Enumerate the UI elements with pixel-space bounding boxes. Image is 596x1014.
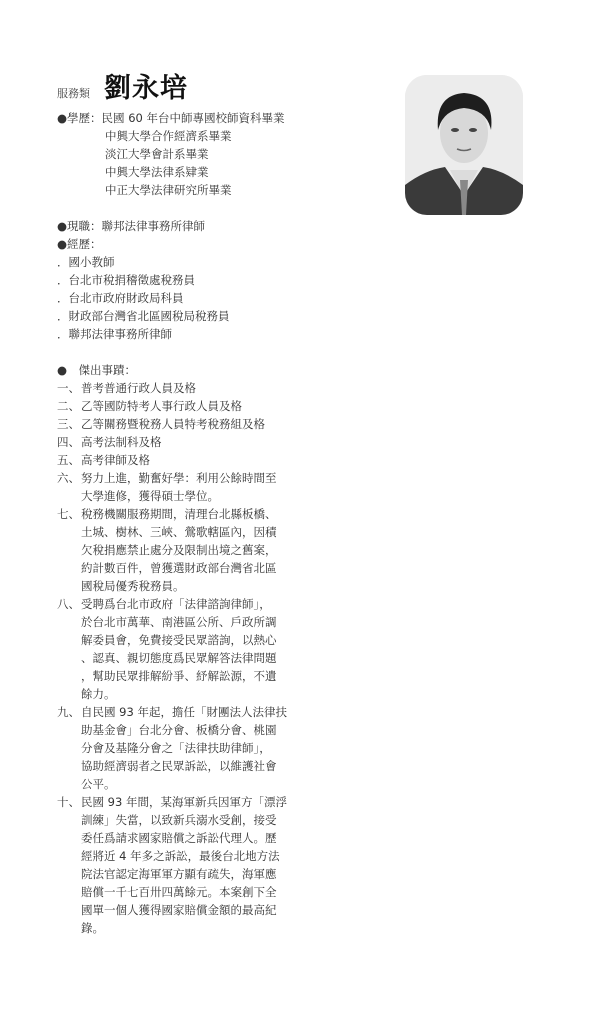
achievement-line: 高考律師及格: [81, 451, 357, 469]
experience-item: ．聯邦法律事務所律師: [57, 325, 357, 343]
profile-header: 服務類 劉永培: [57, 66, 188, 105]
experience-item: ．台北市稅捐稽徵處稅務員: [57, 271, 357, 289]
achievement-number: 八、: [57, 595, 81, 703]
achievement-line: 公平。: [81, 775, 357, 793]
achievement-item: 四、高考法制科及格: [57, 433, 357, 451]
achievement-line: ，幫助民眾排解紛爭、紓解訟源，不遺: [81, 667, 357, 685]
achievement-line: 院法官認定海軍軍方顯有疏失，海軍應: [81, 865, 357, 883]
achievement-text: 乙等國防特考人事行政人員及格: [81, 397, 357, 415]
achievement-text: 受聘爲台北市政府「法律諮詢律師」，於台北市萬華、南港區公所、戶政所調解委員會，免…: [81, 595, 357, 703]
education-item: 中興大學合作經濟系畢業: [57, 127, 357, 145]
achievement-line: 委任爲請求國家賠償之訴訟代理人。歷: [81, 829, 357, 847]
achievement-line: 國稅局優秀稅務員。: [81, 577, 357, 595]
achievement-line: 錄。: [81, 919, 357, 937]
achievement-item: 二、乙等國防特考人事行政人員及格: [57, 397, 357, 415]
achievement-line: 高考法制科及格: [81, 433, 357, 451]
achievement-text: 乙等關務暨稅務人員特考稅務組及格: [81, 415, 357, 433]
achievement-text: 普考普通行政人員及格: [81, 379, 357, 397]
achievement-line: 賠償一千七百卅四萬餘元。本案創下全: [81, 883, 357, 901]
achievement-line: 於台北市萬華、南港區公所、戶政所調: [81, 613, 357, 631]
portrait-image-icon: [405, 75, 523, 215]
achievement-item: 七、稅務機關服務期間，清理台北縣板橋、土城、樹林、三峽、鶯歌轄區內，因積欠稅捐應…: [57, 505, 357, 595]
achievement-line: 自民國 93 年起，擔任「財團法人法律扶: [81, 703, 357, 721]
achievement-line: 土城、樹林、三峽、鶯歌轄區內，因積: [81, 523, 357, 541]
achievement-line: 欠稅捐應禁止處分及限制出境之舊案，: [81, 541, 357, 559]
achievement-line: 大學進修，獲得碩士學位。: [81, 487, 357, 505]
achievement-item: 五、高考律師及格: [57, 451, 357, 469]
education-item: 淡江大學會計系畢業: [57, 145, 357, 163]
portrait-photo: [405, 75, 523, 215]
achievement-line: 經將近 4 年多之訴訟，最後台北地方法: [81, 847, 357, 865]
achievement-line: 約計數百件，曾獲選財政部台灣省北區: [81, 559, 357, 577]
achievement-line: 努力上進，勤奮好學：利用公餘時間至: [81, 469, 357, 487]
category-label: 服務類: [57, 85, 90, 101]
achievement-number: 七、: [57, 505, 81, 595]
education-item: 中興大學法律系肄業: [57, 163, 357, 181]
achievement-number: 一、: [57, 379, 81, 397]
experience-item: ．國小教師: [57, 253, 357, 271]
person-name: 劉永培: [104, 66, 188, 105]
achievement-number: 六、: [57, 469, 81, 505]
achievement-text: 稅務機關服務期間，清理台北縣板橋、土城、樹林、三峽、鶯歌轄區內，因積欠稅捐應禁止…: [81, 505, 357, 595]
achievement-item: 八、受聘爲台北市政府「法律諮詢律師」，於台北市萬華、南港區公所、戶政所調解委員會…: [57, 595, 357, 703]
achievement-text: 努力上進，勤奮好學：利用公餘時間至大學進修，獲得碩士學位。: [81, 469, 357, 505]
achievement-number: 四、: [57, 433, 81, 451]
current-position: ●現職：聯邦法律事務所律師: [57, 217, 357, 235]
achievement-text: 高考法制科及格: [81, 433, 357, 451]
achievement-line: 受聘爲台北市政府「法律諮詢律師」，: [81, 595, 357, 613]
profile-content: ●學歷：民國 60 年台中師專國校師資科畢業 中興大學合作經濟系畢業 淡江大學會…: [57, 109, 357, 937]
achievement-item: 六、努力上進，勤奮好學：利用公餘時間至大學進修，獲得碩士學位。: [57, 469, 357, 505]
achievement-number: 三、: [57, 415, 81, 433]
achievement-item: 一、普考普通行政人員及格: [57, 379, 357, 397]
experience-label: ●經歷：: [57, 235, 357, 253]
education-item: 民國 60 年台中師專國校師資科畢業: [102, 111, 285, 125]
education-label: ●學歷：: [57, 111, 102, 125]
current-label: ●現職：: [57, 219, 102, 233]
achievement-line: 乙等關務暨稅務人員特考稅務組及格: [81, 415, 357, 433]
achievements-list: 一、普考普通行政人員及格二、乙等國防特考人事行政人員及格三、乙等關務暨稅務人員特…: [57, 379, 357, 937]
achievement-line: 乙等國防特考人事行政人員及格: [81, 397, 357, 415]
achievements-label: ● 傑出事蹟：: [57, 361, 357, 379]
education-item: 中正大學法律研究所畢業: [57, 181, 357, 199]
achievement-item: 三、乙等關務暨稅務人員特考稅務組及格: [57, 415, 357, 433]
achievement-line: 助基金會」台北分會、板橋分會、桃園: [81, 721, 357, 739]
achievement-line: 分會及基隆分會之「法律扶助律師」，: [81, 739, 357, 757]
achievement-line: 民國 93 年間，某海軍新兵因軍方「漂浮: [81, 793, 357, 811]
achievement-line: 稅務機關服務期間，清理台北縣板橋、: [81, 505, 357, 523]
education-section: ●學歷：民國 60 年台中師專國校師資科畢業: [57, 109, 357, 127]
achievement-line: 解委員會，免費接受民眾諮詢，以熱心: [81, 631, 357, 649]
experience-item: ．財政部台灣省北區國稅局稅務員: [57, 307, 357, 325]
achievement-item: 十、民國 93 年間，某海軍新兵因軍方「漂浮訓練」失當，以致新兵溺水受創，接受委…: [57, 793, 357, 937]
achievement-line: 協助經濟弱者之民眾訴訟，以維護社會: [81, 757, 357, 775]
achievement-line: 餘力。: [81, 685, 357, 703]
achievement-line: 訓練」失當，以致新兵溺水受創，接受: [81, 811, 357, 829]
experience-item: ．台北市政府財政局科員: [57, 289, 357, 307]
achievement-line: 國單一個人獲得國家賠償金額的最高紀: [81, 901, 357, 919]
achievement-line: 普考普通行政人員及格: [81, 379, 357, 397]
achievement-number: 九、: [57, 703, 81, 793]
achievement-text: 自民國 93 年起，擔任「財團法人法律扶助基金會」台北分會、板橋分會、桃園分會及…: [81, 703, 357, 793]
achievement-number: 二、: [57, 397, 81, 415]
achievement-text: 高考律師及格: [81, 451, 357, 469]
achievement-item: 九、自民國 93 年起，擔任「財團法人法律扶助基金會」台北分會、板橋分會、桃園分…: [57, 703, 357, 793]
current-value: 聯邦法律事務所律師: [102, 219, 206, 233]
achievement-number: 五、: [57, 451, 81, 469]
achievement-text: 民國 93 年間，某海軍新兵因軍方「漂浮訓練」失當，以致新兵溺水受創，接受委任爲…: [81, 793, 357, 937]
achievement-line: 、認真、親切態度爲民眾解答法律問題: [81, 649, 357, 667]
achievement-number: 十、: [57, 793, 81, 937]
